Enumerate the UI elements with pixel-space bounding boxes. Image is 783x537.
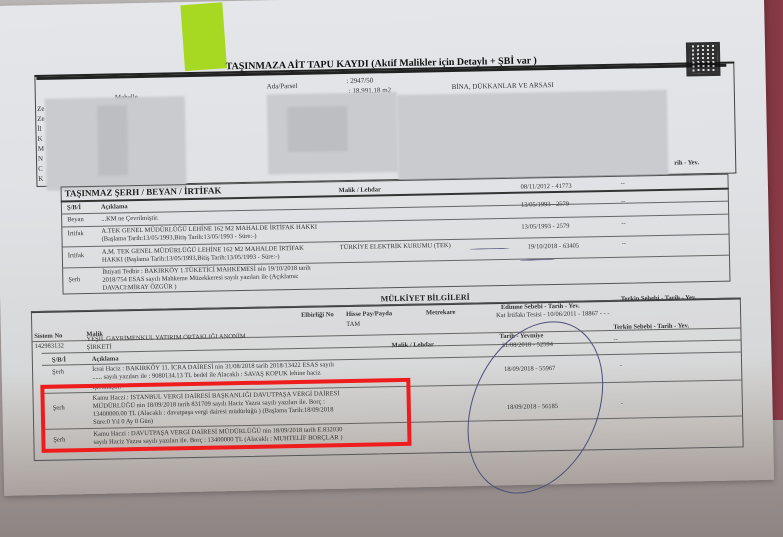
col-malik-lehdar: Malik / Lehdar xyxy=(392,341,434,350)
row-label: Ze xyxy=(37,105,45,113)
redacted-area xyxy=(97,105,128,176)
row-label: K xyxy=(38,135,43,143)
row-terkin: - xyxy=(620,362,622,370)
row-type: İrtifak xyxy=(67,230,83,238)
col-metrekare: Metrekare xyxy=(426,309,456,318)
col-elbirligi: Elbirliği No xyxy=(301,311,334,320)
row-tarih: 13/05/1993 - 2579 xyxy=(521,201,569,210)
row-label: M xyxy=(38,145,44,153)
owner-hisse: TAM xyxy=(346,321,360,329)
row-terkin: -- xyxy=(621,198,625,206)
highlight-box xyxy=(40,378,411,453)
row-label: Ze xyxy=(37,115,45,123)
mulkiyet-section-title: MÜLKİYET BİLGİLERİ xyxy=(381,293,470,304)
qr-code-icon xyxy=(686,42,721,77)
row-text: ...KM ne Çevrilmiştir. xyxy=(101,215,159,224)
col-hisse: Hisse Pay/Payda xyxy=(346,310,392,319)
col-terkin: Terkin Sebebi - Tarih - Yev. xyxy=(621,294,697,303)
row-label: C xyxy=(38,165,43,173)
redacted-area xyxy=(397,90,669,180)
document-content: TAŞINMAZA AİT TAPU KAYDI (Aktif Malikler… xyxy=(0,0,783,537)
row-label: N xyxy=(38,155,43,163)
row-type: İrtifak xyxy=(68,252,84,260)
redacted-area xyxy=(287,106,348,152)
row-label: İl xyxy=(37,125,41,133)
row-tarih: 13/05/1993 - 2579 xyxy=(521,223,569,232)
row-terkin: - xyxy=(621,400,623,408)
row-terkin: -- xyxy=(621,220,625,228)
row-terkin: -- xyxy=(622,240,626,248)
row-type: Beyan xyxy=(67,216,84,224)
ada-parsel-value: : 2947/50 xyxy=(346,76,373,85)
row-type: Şerh xyxy=(52,368,64,376)
col-tarih-yev: rih - Yev. xyxy=(674,159,699,167)
col-aciklama: Açıklama xyxy=(101,203,128,212)
row-terkin: -- xyxy=(621,180,625,188)
ada-parsel-label: Ada/Parsel xyxy=(267,82,298,91)
row-text: DAVACI:MİRAY ÖZGÜR ) xyxy=(102,283,176,292)
owner-sistem-no: 142983132 xyxy=(35,342,64,351)
row-label: K xyxy=(38,175,43,183)
row-type: Şerh xyxy=(68,276,80,284)
row-terkin: -- xyxy=(613,336,617,344)
col-terkin: Terkin Sebebi - Tarih - Yev. xyxy=(613,322,689,331)
col-sbi: Ş/B/İ xyxy=(67,204,81,212)
row-tarih: 08/11/2012 - 41773 xyxy=(521,183,572,192)
row-tarih: 19/10/2018 - 63405 xyxy=(528,243,579,252)
